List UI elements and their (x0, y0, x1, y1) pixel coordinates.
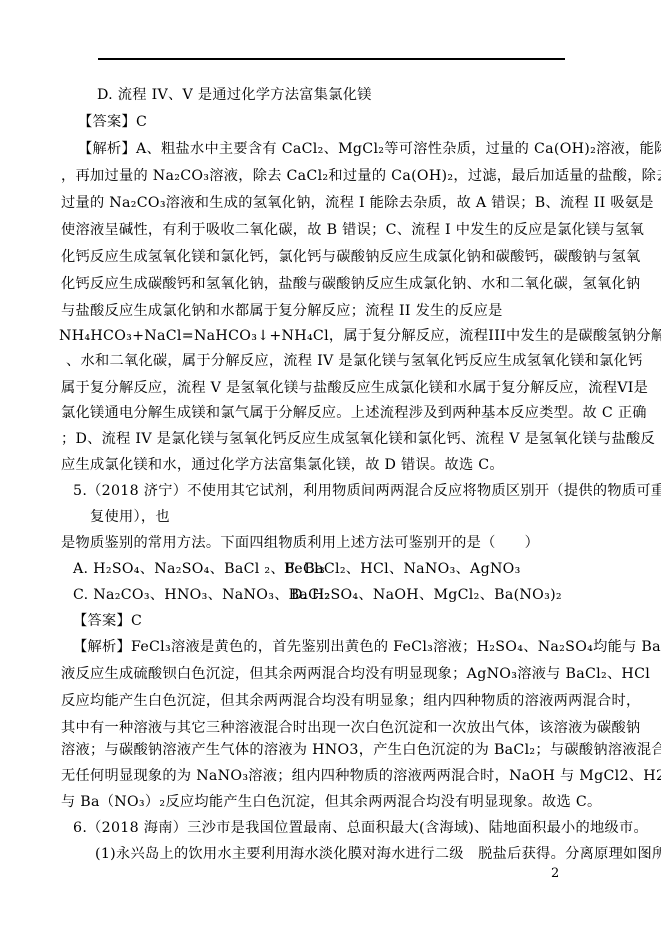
q4-analysis-line: 【解析】A、粗盐水中主要含有 CaCl₂、MgCl₂等可溶性杂质，过量的 Ca(… (78, 140, 661, 158)
q5-analysis-line: 与 Ba（NO₃）₂反应均能产生白色沉淀，但其余两两混合均没有明显现象。故选 C… (61, 793, 601, 811)
q5-analysis-line: 无任何明显现象的为 NaNO₃溶液；组内四种物质的溶液两两混合时，NaOH 与 … (61, 767, 661, 785)
q4-analysis-line: 与盐酸反应生成氯化钠和水都属于复分解反应；流程 II 发生的反应是 (61, 302, 503, 320)
header-divider-rule (98, 58, 565, 60)
q5-analysis-line: 其中有一种溶液与其它三种溶液混合时出现一次白色沉淀和一次放出气体，该溶液为碳酸钠 (61, 719, 641, 737)
document-page: D. 流程 IV、V 是通过化学方法富集氯化镁 【答案】C 【解析】A、粗盐水中… (0, 0, 661, 935)
q4-answer-label: 【答案】C (78, 113, 147, 131)
q5-stem-line: 5.（2018 济宁）不使用其它试剂，利用物质间两两混合反应将物质区别开（提供的… (73, 482, 661, 500)
q5-option-d: D. H₂SO₄、NaOH、MgCl₂、Ba(NO₃)₂ (291, 586, 562, 604)
q4-analysis-line: 化钙反应生成碳酸钙和氢氧化钠，盐酸与碳酸钠反应生成氯化钠、水和二氧化碳，氢氧化钠 (61, 275, 641, 293)
q5-analysis-line: 溶液；与碳酸钠溶液产生气体的溶液为 HNO3，产生白色沉淀的为 BaCl₂；与碳… (61, 741, 661, 759)
q4-analysis-line: 属于复分解反应，流程 V 是氢氧化镁与盐酸反应生成氯化镁和水属于复分解反应，流程… (61, 379, 648, 397)
q5-analysis-line: 反应均能产生白色沉淀，但其余两两混合均没有明显象；组内四种物质的溶液两两混合时， (61, 692, 641, 710)
q5-stem-line: 是物质鉴别的常用方法。下面四组物质利用上述方法可鉴别开的是（ ） (61, 534, 539, 552)
q6-stem: 6.（2018 海南）三沙市是我国位置最南、总面积最大(含海域)、陆地面积最小的… (73, 819, 648, 837)
q4-option-d: D. 流程 IV、V 是通过化学方法富集氯化镁 (97, 86, 372, 104)
q4-analysis-line: 化钙反应生成氢氧化镁和氯化钙，氯化钙与碳酸钠反应生成氯化钠和碳酸钙，碳酸钠与氢氧 (61, 248, 641, 266)
q4-analysis-line: 使溶液呈碱性，有利于吸收二氧化碳，故 B 错误；C、流程 I 中发生的反应是氯化… (61, 221, 644, 239)
q4-analysis-line: 、水和二氧化碳，属于分解反应，流程 IV 是氯化镁与氢氧化钙反应生成氢氧化镁和氯… (66, 352, 643, 370)
q5-answer-label: 【答案】C (73, 612, 142, 630)
q6-part1: (1)永兴岛上的饮用水主要利用海水淡化膜对海水进行二级 脱盐后获得。分离原理如图… (95, 845, 661, 863)
q4-analysis-line: ，再加过量的 Na₂CO₃溶液，除去 CaCl₂和过量的 Ca(OH)₂，过滤，… (61, 167, 661, 185)
q4-analysis-equation-line: NH₄HCO₃+NaCl=NaHCO₃↓+NH₄Cl，属于复分解反应，流程III… (59, 327, 661, 345)
q5-analysis-line: 液反应生成硫酸钡白色沉淀，但其余两两混合均没有明显现象；AgNO₃溶液与 BaC… (61, 665, 650, 683)
q4-analysis-line: 氯化镁通电分解生成镁和氯气属于分解反应。上述流程涉及到两种基本反应类型。故 C … (61, 404, 647, 422)
q4-analysis-line: 过量的 Na₂CO₃溶液和生成的氢氧化钠，流程 I 能除去杂质，故 A 错误；B… (61, 194, 654, 212)
q5-option-b: B. BaCl₂、HCl、NaNO₃、AgNO₃ (284, 560, 521, 578)
q4-analysis-line: 应生成氯化镁和水，通过化学方法富集氯化镁，故 D 错误。故选 C。 (61, 456, 504, 474)
q4-analysis-line: ；D、流程 IV 是氯化镁与氢氧化钙反应生成氢氧化镁和氯化钙、流程 V 是氢氧化… (61, 430, 655, 448)
page-number: 2 (551, 866, 559, 881)
q5-analysis-line: 【解析】FeCl₃溶液是黄色的，首先鉴别出黄色的 FeCl₃溶液；H₂SO₄、N… (73, 638, 661, 656)
q5-stem-line: 复使用），也 (90, 508, 170, 526)
